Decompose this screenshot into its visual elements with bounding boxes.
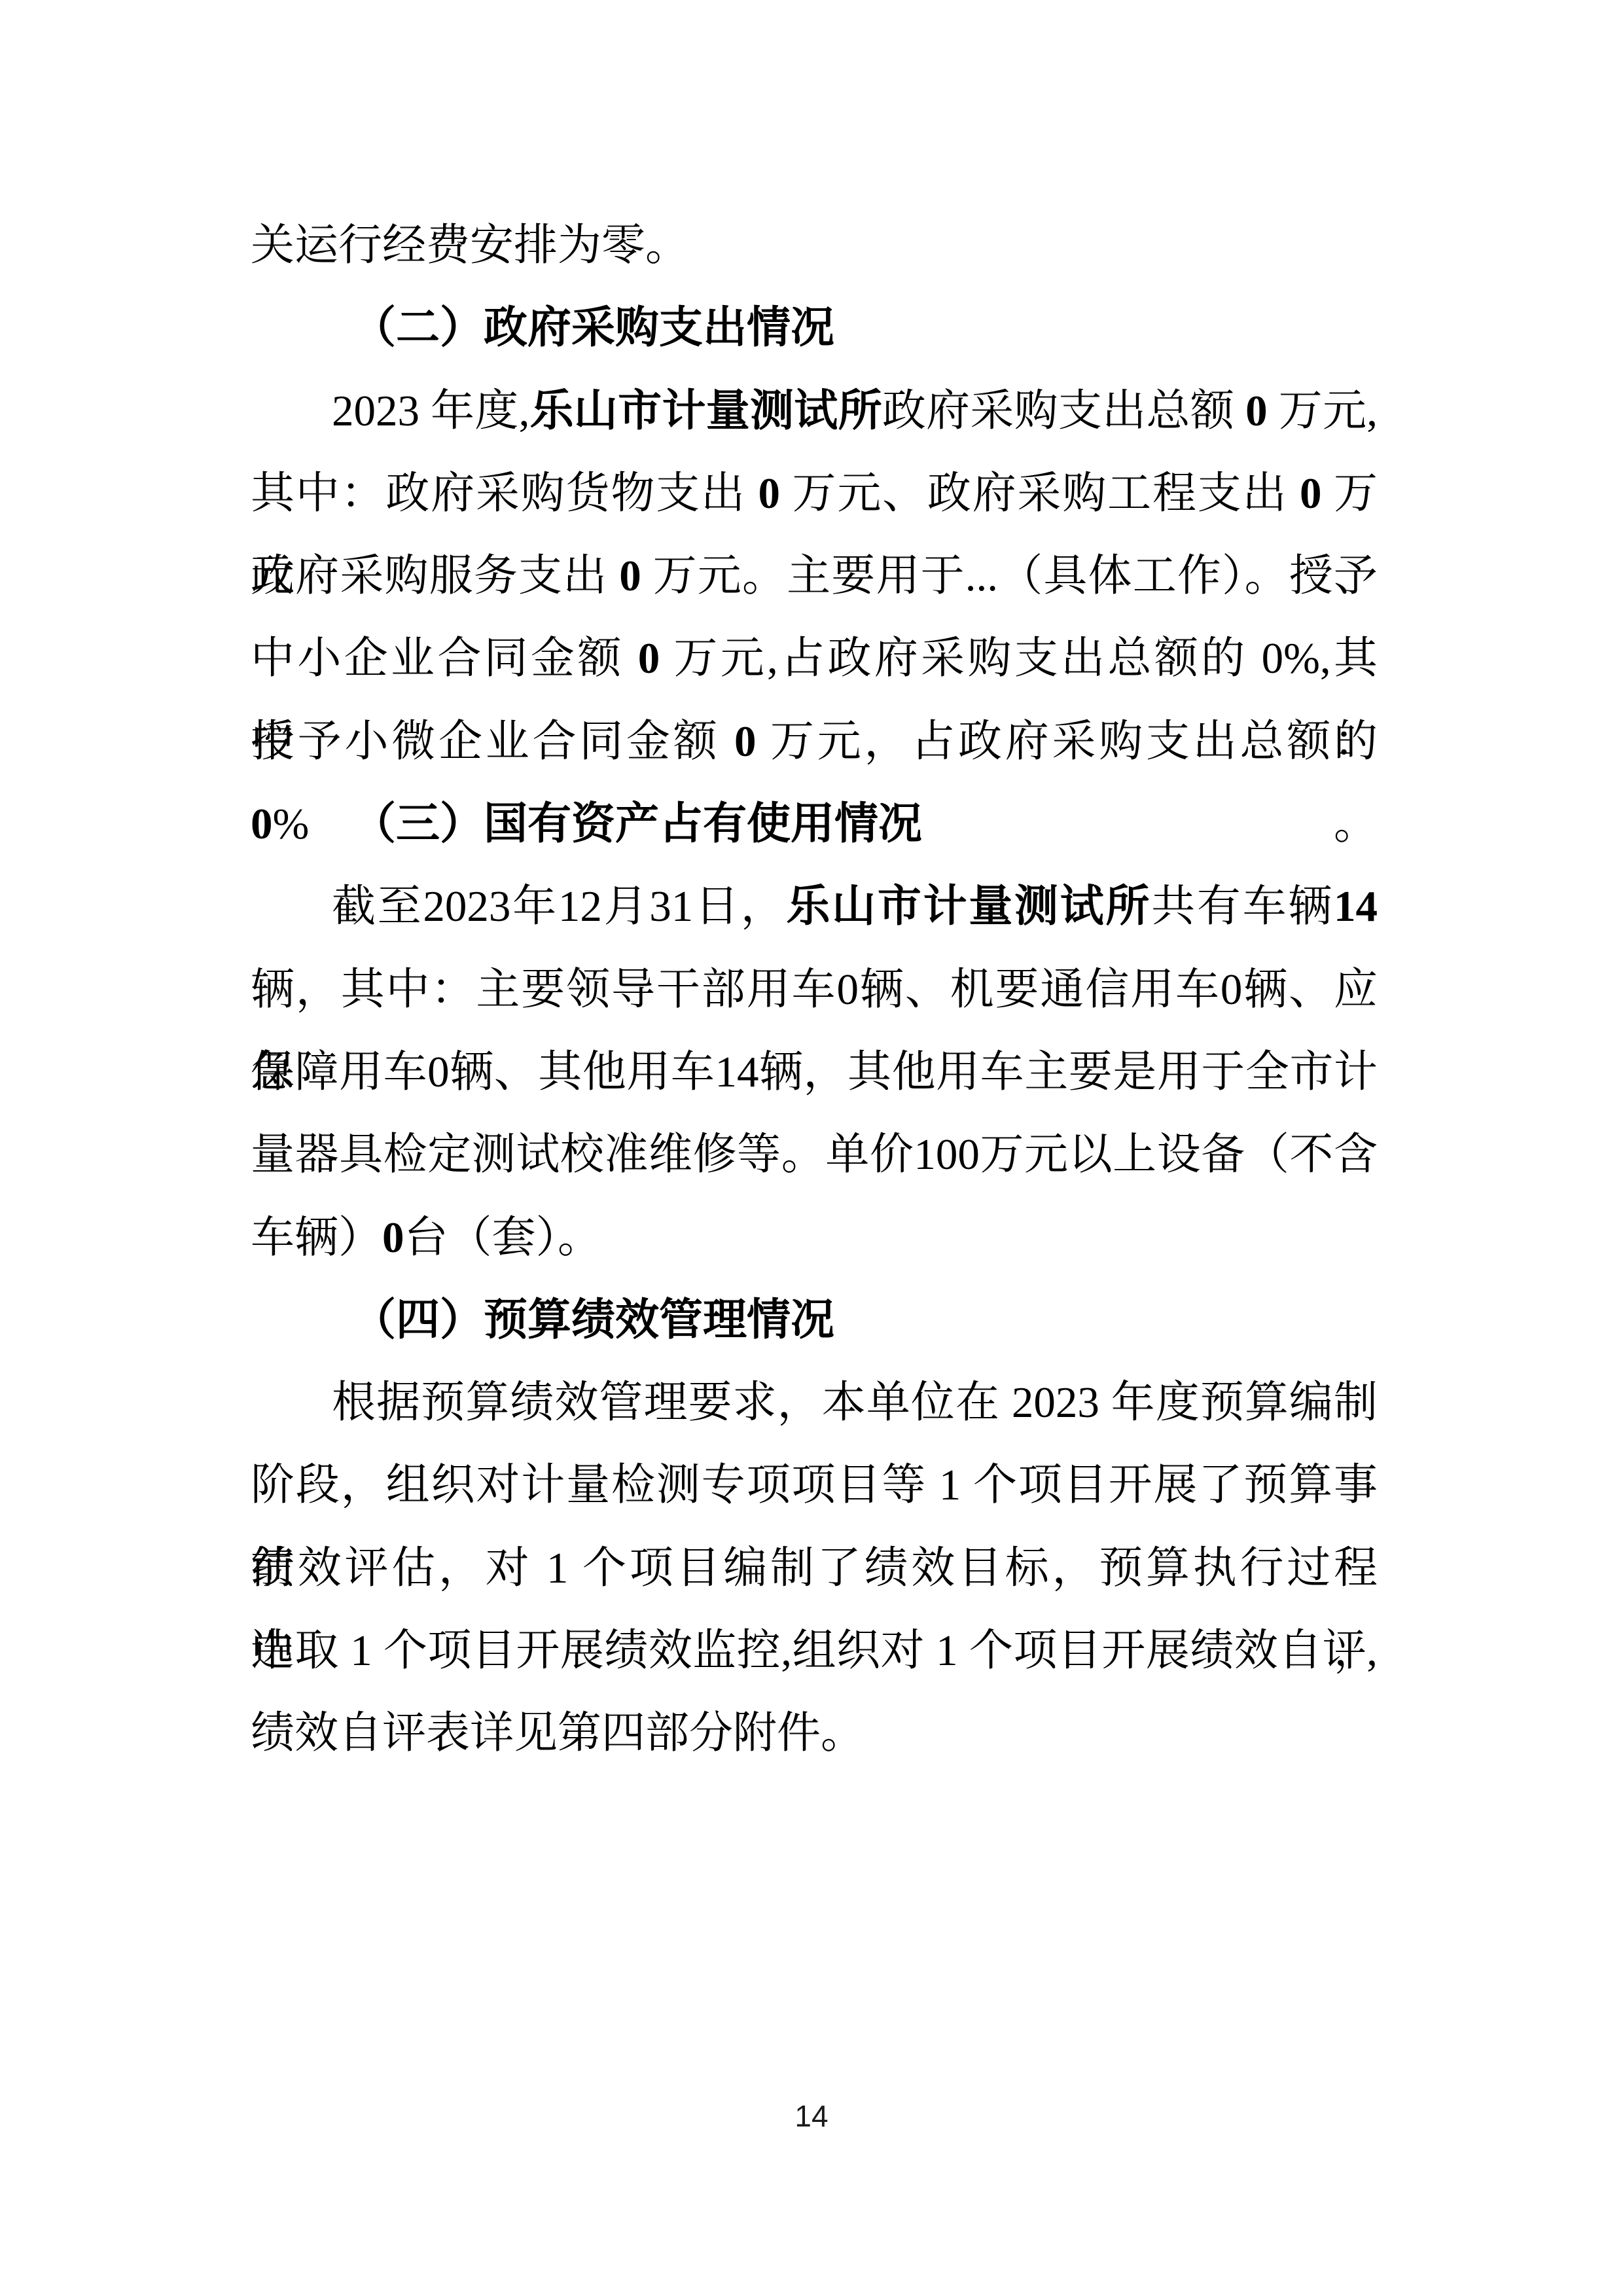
bold-run: 0 [619, 552, 641, 600]
text-run: 授予小微企业合同金额 [251, 717, 734, 766]
text-line: 量器具检定测试校准维修等。单价100万元以上设备（不含 [251, 1113, 1378, 1196]
text-line: 中小企业合同金额 0 万元,占政府采购支出总额的 0%,其中： [251, 617, 1378, 700]
section-heading-4: （四）预算绩效管理情况 [251, 1279, 1378, 1361]
bold-run: 乐山市计量测试所 [529, 387, 882, 435]
bold-run: 乐山市计量测试所 [786, 882, 1151, 931]
text-line: 保障用车0辆、其他用车14辆，其他用车主要是用于全市计 [251, 1031, 1378, 1113]
text-run: 万元, [1268, 387, 1378, 435]
text-run: 其中：政府采购货物支出 [251, 469, 758, 518]
text-run: 截至2023年12月31日， [332, 882, 786, 931]
text-line: 选取 1 个项目开展绩效监控,组织对 1 个项目开展绩效自评, [251, 1609, 1378, 1692]
section-heading-2: （二）政府采购支出情况 [251, 287, 1378, 369]
text-line: 阶段，组织对计量检测专项项目等 1 个项目开展了预算事前 [251, 1444, 1378, 1526]
text-run: 绩效自评表详见第四部分附件。 [251, 1709, 865, 1757]
bold-run: 0 [758, 469, 780, 518]
text-run: 共有车辆 [1151, 882, 1334, 931]
document-page: 关运行经费安排为零。 （二）政府采购支出情况 2023 年度,乐山市计量测试所政… [0, 0, 1623, 2296]
document-body: 关运行经费安排为零。 （二）政府采购支出情况 2023 年度,乐山市计量测试所政… [251, 204, 1378, 1775]
text-run: 万元。主要用于...（具体工作）。授予 [641, 552, 1378, 600]
text-run: 量器具检定测试校准维修等。单价100万元以上设备（不含 [251, 1130, 1378, 1179]
bold-run: 14 [1334, 882, 1378, 931]
text-line: 2023 年度,乐山市计量测试所政府采购支出总额 0 万元, [251, 370, 1378, 452]
text-line: 绩效自评表详见第四部分附件。 [251, 1692, 1378, 1774]
text-run: 政府采购服务支出 [251, 552, 619, 600]
bold-run: 0 [1245, 387, 1268, 435]
text-line: 根据预算绩效管理要求，本单位在 2023 年度预算编制 [251, 1361, 1378, 1444]
text-line: 绩效评估，对 1 个项目编制了绩效目标，预算执行过程中， [251, 1527, 1378, 1609]
heading-text: （二）政府采购支出情况 [352, 304, 834, 352]
text-run: 台（套）。 [404, 1213, 602, 1262]
text-run: 2023 年度, [332, 387, 529, 435]
text-run: 根据预算绩效管理要求，本单位在 2023 年度预算编制 [332, 1378, 1378, 1427]
bold-run: 0 [382, 1213, 404, 1262]
bold-run: 0 [638, 634, 660, 683]
text-run: 中小企业合同金额 [251, 634, 638, 683]
bold-run: 0 [251, 800, 273, 848]
heading-text: （三）国有资产占有使用情况 [352, 800, 922, 848]
text-run: 关运行经费安排为零。 [251, 221, 689, 270]
text-line: 政府采购服务支出 0 万元。主要用于...（具体工作）。授予 [251, 535, 1378, 617]
text-line: 授予小微企业合同金额 0 万元，占政府采购支出总额的 0%。 [251, 700, 1378, 783]
text-run: 保障用车0辆、其他用车14辆，其他用车主要是用于全市计 [251, 1048, 1378, 1096]
text-run: 万元，占政府采购支出总额的 [757, 717, 1378, 766]
text-line: 截至2023年12月31日，乐山市计量测试所共有车辆14 [251, 865, 1378, 948]
text-run: 万元、政府采购工程支出 [780, 469, 1300, 518]
bold-run: 0 [1300, 469, 1322, 518]
text-run: 车辆） [251, 1213, 382, 1262]
bold-run: 0 [734, 717, 757, 766]
text-run: 选取 1 个项目开展绩效监控,组织对 1 个项目开展绩效自评, [251, 1626, 1378, 1675]
text-run: 政府采购支出总额 [882, 387, 1245, 435]
page-number: 14 [0, 2096, 1623, 2136]
text-line: 辆，其中：主要领导干部用车0辆、机要通信用车0辆、应急 [251, 948, 1378, 1031]
text-line: 关运行经费安排为零。 [251, 204, 1378, 287]
text-line: 车辆）0台（套）。 [251, 1196, 1378, 1279]
text-line: 其中：政府采购货物支出 0 万元、政府采购工程支出 0 万元、 [251, 452, 1378, 535]
heading-text: （四）预算绩效管理情况 [352, 1296, 834, 1344]
